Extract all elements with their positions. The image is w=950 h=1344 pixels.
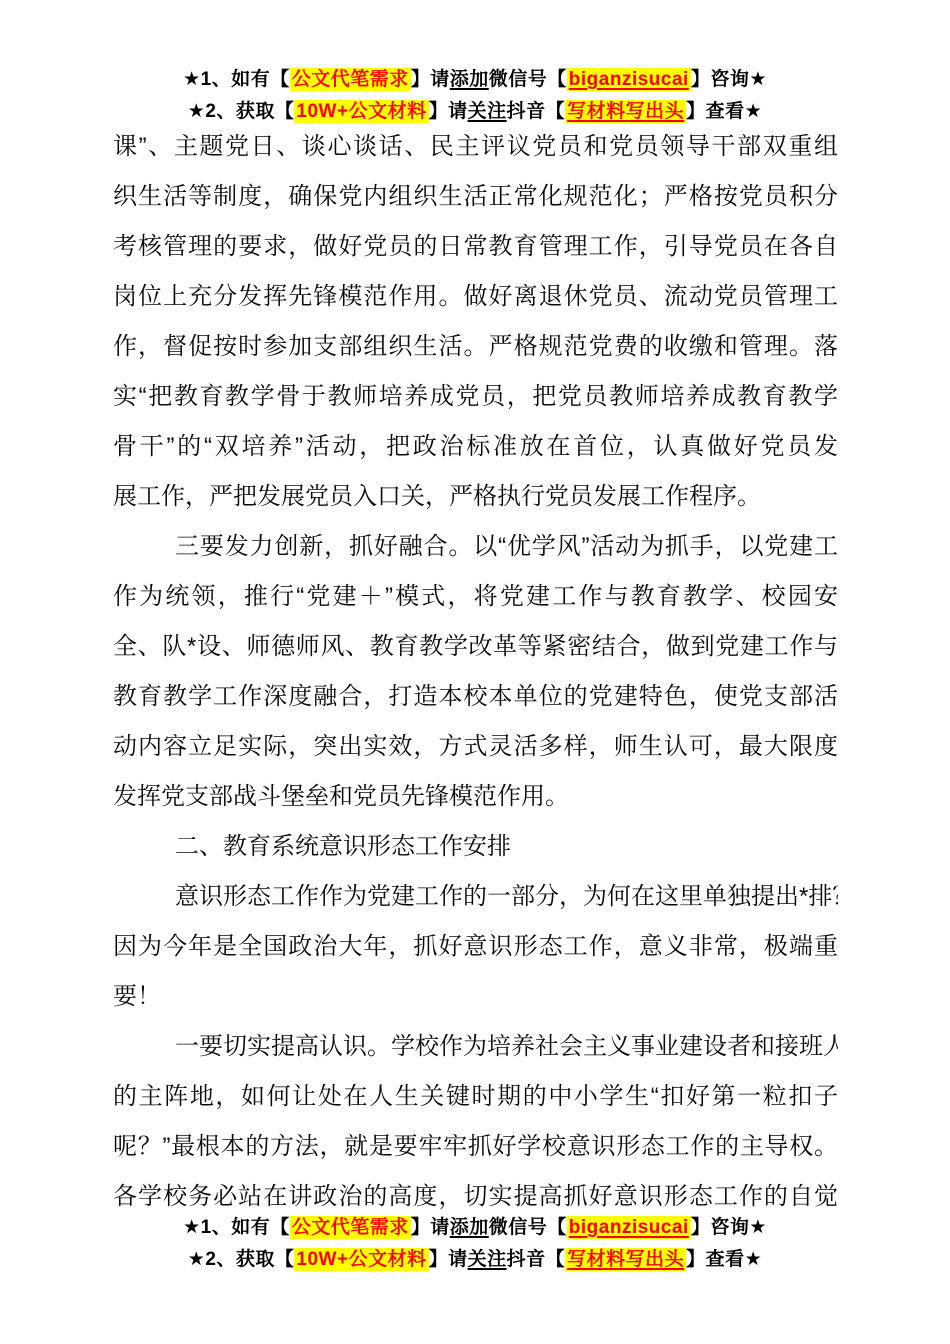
douyin-name-highlight: 写材料写出头 [565,1248,686,1271]
promo-text: 】请 [411,69,450,90]
text-line: 全、队*设、师德师风、教育教学改革等紧密结合，做到党建工作与 [113,622,838,672]
text-line: 岗位上充分发挥先锋模范作用。做好离退休党员、流动党员管理工 [113,272,838,322]
promo-suffix: 】查看★ [686,101,762,122]
follow-action-underline: 关注 [468,101,507,122]
text-line: 意识形态工作作为党建工作的一部分，为何在这里单独提出*排？ [113,872,838,922]
promo-text: 】请 [429,101,468,122]
wechat-id-highlight: biganzisucai [567,68,691,91]
promo-prefix: ★2、获取【 [188,101,295,122]
document-page: ★1、如有【公文代笔需求】请添加微信号【biganzisucai】咨询★★2、获… [0,0,950,1344]
service-need-highlight: 公文代笔需求 [290,68,411,91]
service-need-highlight: 公文代笔需求 [290,1216,411,1239]
wechat-id-highlight: biganzisucai [567,1216,691,1239]
promo-banner-bottom: ★1、如有【公文代笔需求】请添加微信号【biganzisucai】咨询★★2、获… [0,1212,950,1276]
promo-suffix: 】查看★ [686,1249,762,1270]
promo-line: ★2、获取【10W+公文材料】请关注抖音【写材料写出头】查看★ [0,1244,950,1276]
text-line: 考核管理的要求，做好党员的日常教育管理工作，引导党员在各自 [113,222,838,272]
follow-action-underline: 关注 [468,1249,507,1270]
promo-text: 微信号【 [489,1217,567,1238]
promo-banner-top: ★1、如有【公文代笔需求】请添加微信号【biganzisucai】咨询★★2、获… [0,64,950,128]
text-line: 三要发力创新，抓好融合。以“优学风”活动为抓手，以党建工 [113,522,838,572]
text-line: 骨干”的“双培养”活动，把政治标准放在首位，认真做好党员发 [113,422,838,472]
text-line: 发挥党支部战斗堡垒和党员先锋模范作用。 [113,772,838,822]
text-line: 展工作，严把发展党员入口关，严格执行党员发展工作程序。 [113,472,838,522]
material-count-highlight: 10W+公文材料 [294,100,428,123]
promo-text: 抖音【 [507,101,566,122]
text-line: 实“把教育教学骨于教师培养成党员，把党员教师培养成教育教学 [113,372,838,422]
text-line: 呢？”最根本的方法，就是要牢牢抓好学校意识形态工作的主导权。 [113,1122,838,1172]
add-action-underline: 添加 [450,69,489,90]
text-line: 要！ [113,972,838,1022]
text-line: 的主阵地，如何让处在人生关键时期的中小学生“扣好第一粒扣子 [113,1072,838,1122]
add-action-underline: 添加 [450,1217,489,1238]
text-line: 因为今年是全国政治大年，抓好意识形态工作，意义非常，极端重 [113,922,838,972]
material-count-highlight: 10W+公文材料 [294,1248,428,1271]
promo-suffix: 】咨询★ [691,69,767,90]
promo-prefix: ★1、如有【 [183,69,290,90]
promo-line: ★1、如有【公文代笔需求】请添加微信号【biganzisucai】咨询★ [0,1212,950,1244]
text-line: 教育教学工作深度融合，打造本校本单位的党建特色，使党支部活 [113,672,838,722]
promo-text: 抖音【 [507,1249,566,1270]
promo-text: 】请 [411,1217,450,1238]
document-body: 课”、主题党日、谈心谈话、民主评议党员和党员领导干部双重组织生活等制度，确保党内… [113,122,838,1222]
text-line: 一要切实提高认识。学校作为培养社会主义事业建设者和接班人 [113,1022,838,1072]
text-line: 作，督促按时参加支部组织生活。严格规范党费的收缴和管理。落 [113,322,838,372]
text-line: 二、教育系统意识形态工作安排 [113,822,838,872]
text-line: 织生活等制度，确保党内组织生活正常化规范化；严格按党员积分 [113,172,838,222]
promo-text: 】请 [429,1249,468,1270]
promo-line: ★1、如有【公文代笔需求】请添加微信号【biganzisucai】咨询★ [0,64,950,96]
promo-prefix: ★1、如有【 [183,1217,290,1238]
text-line: 动内容立足实际，突出实效，方式灵活多样，师生认可，最大限度 [113,722,838,772]
promo-text: 微信号【 [489,69,567,90]
text-line: 课”、主题党日、谈心谈话、民主评议党员和党员领导干部双重组 [113,122,838,172]
promo-suffix: 】咨询★ [691,1217,767,1238]
douyin-name-highlight: 写材料写出头 [565,100,686,123]
promo-prefix: ★2、获取【 [188,1249,295,1270]
text-line: 作为统领，推行“党建＋”模式，将党建工作与教育教学、校园安 [113,572,838,622]
